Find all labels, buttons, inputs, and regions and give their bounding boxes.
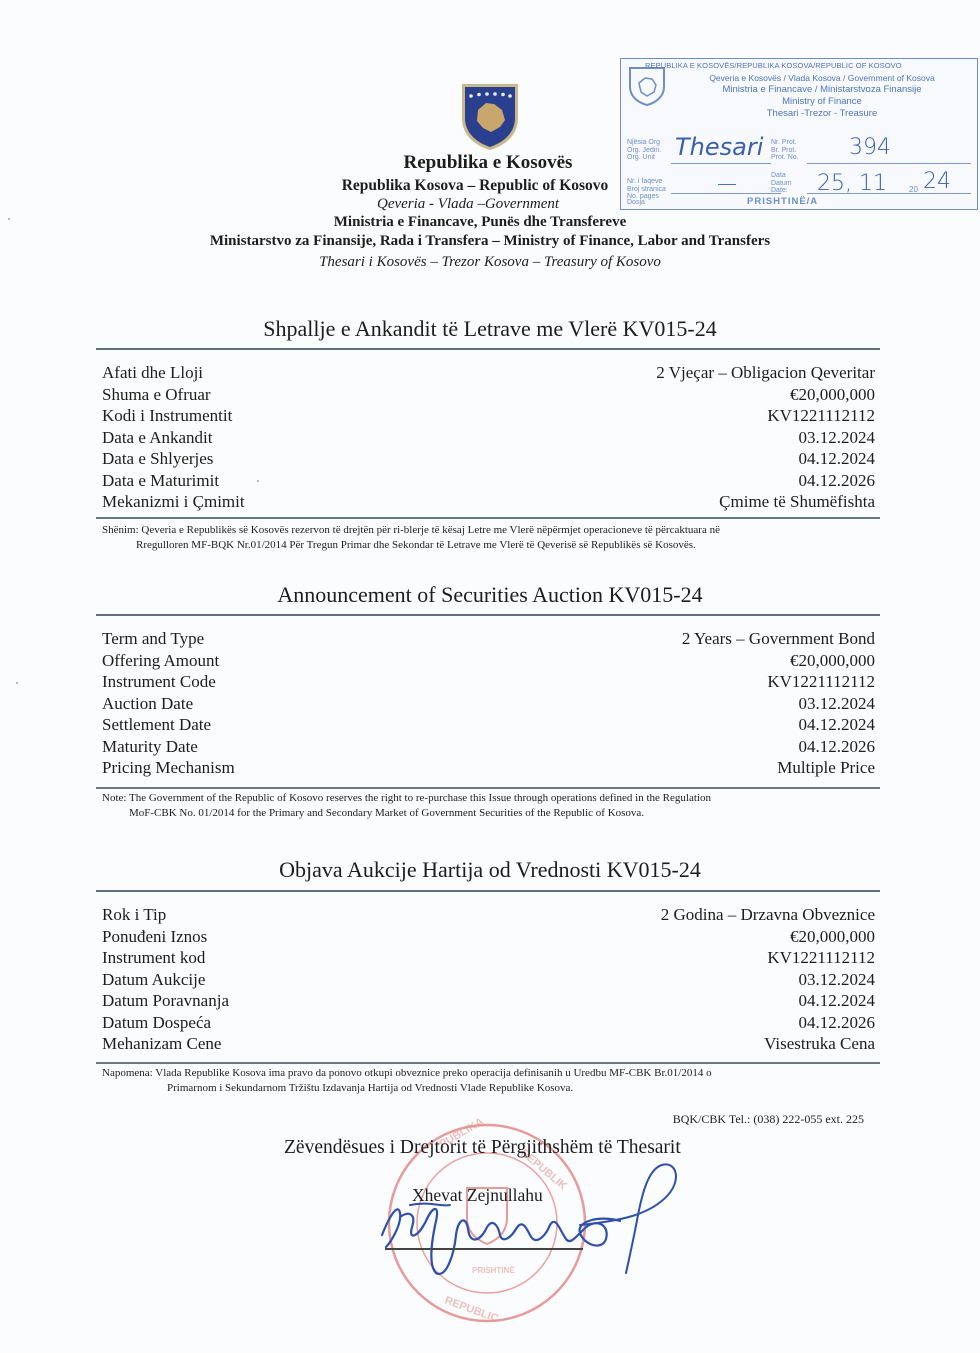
stamp-prot-no-label: Nr. Prot. Br. Prot. Prot. No. bbox=[771, 139, 799, 162]
row-label: Auction Date bbox=[102, 693, 193, 715]
stamp-dosja-label: Dosja bbox=[627, 199, 645, 207]
table-row: Datum Dospeća04.12.2026 bbox=[102, 1012, 875, 1034]
section-title-serbian: Objava Aukcije Hartija od Vrednosti KV01… bbox=[95, 857, 885, 883]
row-label: Instrument kod bbox=[102, 947, 205, 969]
row-value: Visestruka Cena bbox=[764, 1033, 875, 1055]
stamp-org-unit-value: Thesari bbox=[675, 133, 763, 161]
stamp-republic-line: REPUBLIKA E KOSOVËS/REPUBLIKA KOSOVA/REP… bbox=[645, 61, 971, 70]
row-label: Datum Poravnanja bbox=[102, 990, 229, 1012]
details-table-serbian: Rok i Tip2 Godina – Drzavna Obveznice Po… bbox=[102, 904, 875, 1055]
row-value: 2 Vjeçar – Obligacion Qeveritar bbox=[656, 362, 875, 384]
row-label: Afati dhe Lloji bbox=[102, 362, 203, 384]
table-row: Shuma e Ofruar€20,000,000 bbox=[102, 384, 875, 406]
note-text-line1: Vlada Republike Kosova ima pravo da pono… bbox=[155, 1067, 711, 1079]
stamp-government-line: Qeveria e Kosovës / Vlada Kosova / Gover… bbox=[673, 73, 971, 83]
handwritten-signature-icon bbox=[370, 1155, 700, 1285]
row-label: Maturity Date bbox=[102, 736, 198, 758]
row-label: Datum Dospeća bbox=[102, 1012, 211, 1034]
row-value: 04.12.2026 bbox=[799, 470, 876, 492]
table-row: Data e Ankandit03.12.2024 bbox=[102, 427, 875, 449]
section-title-albanian: Shpallje e Ankandit të Letrave me Vlerë … bbox=[95, 316, 885, 342]
row-label: Shuma e Ofruar bbox=[102, 384, 211, 406]
section-divider bbox=[96, 787, 880, 789]
stamp-pages-label: Nr. i faqeve Broj stranica No. pages bbox=[627, 178, 666, 201]
section-divider bbox=[96, 890, 880, 892]
row-label: Datum Aukcije bbox=[102, 969, 205, 991]
row-value: KV1221112112 bbox=[767, 947, 875, 969]
table-row: Pricing MechanismMultiple Price bbox=[102, 757, 875, 779]
table-row: Kodi i InstrumentitKV1221112112 bbox=[102, 405, 875, 427]
header-ministry-serbian-english: Ministarstvo za Finansije, Rada i Transf… bbox=[0, 233, 980, 250]
stamp-emblem-icon bbox=[627, 65, 667, 107]
row-value: 04.12.2024 bbox=[799, 990, 876, 1012]
row-label: Settlement Date bbox=[102, 714, 211, 736]
row-label: Data e Shlyerjes bbox=[102, 448, 213, 470]
stamp-ministry-line: Ministria e Financave / Ministarstvoza F… bbox=[673, 84, 971, 95]
table-row: Offering Amount€20,000,000 bbox=[102, 650, 875, 672]
row-value: 04.12.2024 bbox=[799, 448, 876, 470]
row-label: Data e Ankandit bbox=[102, 427, 212, 449]
row-value: KV1221112112 bbox=[767, 405, 875, 427]
signature-line bbox=[385, 1248, 583, 1250]
table-row: Term and Type2 Years – Government Bond bbox=[102, 628, 875, 650]
note-label: Shënim: bbox=[102, 524, 139, 536]
row-value: 03.12.2024 bbox=[799, 693, 876, 715]
section-divider bbox=[96, 1062, 880, 1064]
details-table-albanian: Afati dhe Lloji2 Vjeçar – Obligacion Qev… bbox=[102, 362, 875, 513]
table-row: Instrument CodeKV1221112112 bbox=[102, 671, 875, 693]
row-label: Kodi i Instrumentit bbox=[102, 405, 232, 427]
row-value: €20,000,000 bbox=[790, 650, 875, 672]
row-label: Rok i Tip bbox=[102, 904, 166, 926]
table-row: Settlement Date04.12.2024 bbox=[102, 714, 875, 736]
row-label: Ponuđeni Iznos bbox=[102, 926, 207, 948]
row-value: €20,000,000 bbox=[790, 926, 875, 948]
row-label: Instrument Code bbox=[102, 671, 216, 693]
table-row: Ponuđeni Iznos€20,000,000 bbox=[102, 926, 875, 948]
table-row: Datum Aukcije03.12.2024 bbox=[102, 969, 875, 991]
table-row: Instrument kodKV1221112112 bbox=[102, 947, 875, 969]
row-value: 04.12.2026 bbox=[799, 1012, 876, 1034]
header-treasury: Thesari i Kosovës – Trezor Kosova – Trea… bbox=[0, 254, 980, 271]
table-row: Mekanizmi i ÇmimitÇmime të Shumëfishta bbox=[102, 491, 875, 513]
row-value: 2 Godina – Drzavna Obveznice bbox=[661, 904, 875, 926]
details-table-english: Term and Type2 Years – Government Bond O… bbox=[102, 628, 875, 779]
stamp-prot-no-value: 394 bbox=[849, 135, 891, 160]
section-title-english: Announcement of Securities Auction KV015… bbox=[95, 582, 885, 608]
row-value: Multiple Price bbox=[777, 757, 875, 779]
stamp-org-unit-label: Njësia Org Org. Jedin. Org. Unit bbox=[627, 139, 661, 162]
note-text-line1: Qeveria e Republikës së Kosovës rezervon… bbox=[141, 524, 720, 536]
document-page: Republika e Kosovës Republika Kosova – R… bbox=[0, 0, 980, 1353]
note-text-line2: MoF-CBK No. 01/2014 for the Primary and … bbox=[102, 806, 882, 821]
row-label: Data e Maturimit bbox=[102, 470, 219, 492]
section-divider bbox=[96, 517, 880, 519]
note-text-line2: Rregulloren MF-BQK Nr.01/2014 Për Tregun… bbox=[102, 538, 882, 553]
header-ministry-albanian: Ministria e Financave, Punës dhe Transfe… bbox=[0, 214, 970, 231]
table-row: Mehanizam CeneVisestruka Cena bbox=[102, 1033, 875, 1055]
row-label: Offering Amount bbox=[102, 650, 219, 672]
table-row: Afati dhe Lloji2 Vjeçar – Obligacion Qev… bbox=[102, 362, 875, 384]
stamp-city: PRISHTINË/A bbox=[747, 196, 818, 207]
row-label: Term and Type bbox=[102, 628, 204, 650]
stamp-date-label: Data Datum Date: bbox=[771, 172, 792, 195]
row-value: 04.12.2026 bbox=[799, 736, 876, 758]
note-albanian: Shënim: Qeveria e Republikës së Kosovës … bbox=[102, 523, 882, 553]
row-value: Çmime të Shumëfishta bbox=[719, 491, 875, 513]
received-stamp: REPUBLIKA E KOSOVËS/REPUBLIKA KOSOVA/REP… bbox=[620, 58, 978, 210]
section-divider bbox=[96, 348, 880, 350]
contact-phone: BQK/CBK Tel.: (038) 222-055 ext. 225 bbox=[673, 1112, 864, 1127]
row-value: 03.12.2024 bbox=[799, 969, 876, 991]
section-divider bbox=[96, 614, 880, 616]
row-value: 03.12.2024 bbox=[799, 427, 876, 449]
row-label: Mekanizmi i Çmimit bbox=[102, 491, 245, 513]
row-value: 2 Years – Government Bond bbox=[682, 628, 875, 650]
row-value: KV1221112112 bbox=[767, 671, 875, 693]
stamp-ministry-english-line: Ministry of Finance bbox=[673, 96, 971, 107]
table-row: Rok i Tip2 Godina – Drzavna Obveznice bbox=[102, 904, 875, 926]
row-value: 04.12.2024 bbox=[799, 714, 876, 736]
note-text-line1: The Government of the Republic of Kosovo… bbox=[129, 792, 711, 804]
row-value: €20,000,000 bbox=[790, 384, 875, 406]
note-serbian: Napomena: Vlada Republike Kosova ima pra… bbox=[102, 1066, 882, 1096]
table-row: Auction Date03.12.2024 bbox=[102, 693, 875, 715]
stamp-date-year-value: 24 bbox=[923, 169, 951, 194]
stamp-pages-value: — bbox=[717, 171, 737, 195]
row-label: Mehanizam Cene bbox=[102, 1033, 221, 1055]
note-english: Note: The Government of the Republic of … bbox=[102, 791, 882, 821]
note-text-line2: Primarnom i Sekundarnom Tržištu Izdavanj… bbox=[102, 1081, 882, 1096]
table-row: Data e Shlyerjes04.12.2024 bbox=[102, 448, 875, 470]
table-row: Datum Poravnanja04.12.2024 bbox=[102, 990, 875, 1012]
kosovo-coat-of-arms-icon bbox=[458, 80, 522, 152]
table-row: Maturity Date04.12.2026 bbox=[102, 736, 875, 758]
stamp-treasury-line: Thesari -Trezor - Treasure bbox=[673, 108, 971, 119]
table-row: Data e Maturimit04.12.2026 bbox=[102, 470, 875, 492]
note-label: Napomena: bbox=[102, 1067, 153, 1079]
note-label: Note: bbox=[102, 792, 126, 804]
row-label: Pricing Mechanism bbox=[102, 757, 235, 779]
